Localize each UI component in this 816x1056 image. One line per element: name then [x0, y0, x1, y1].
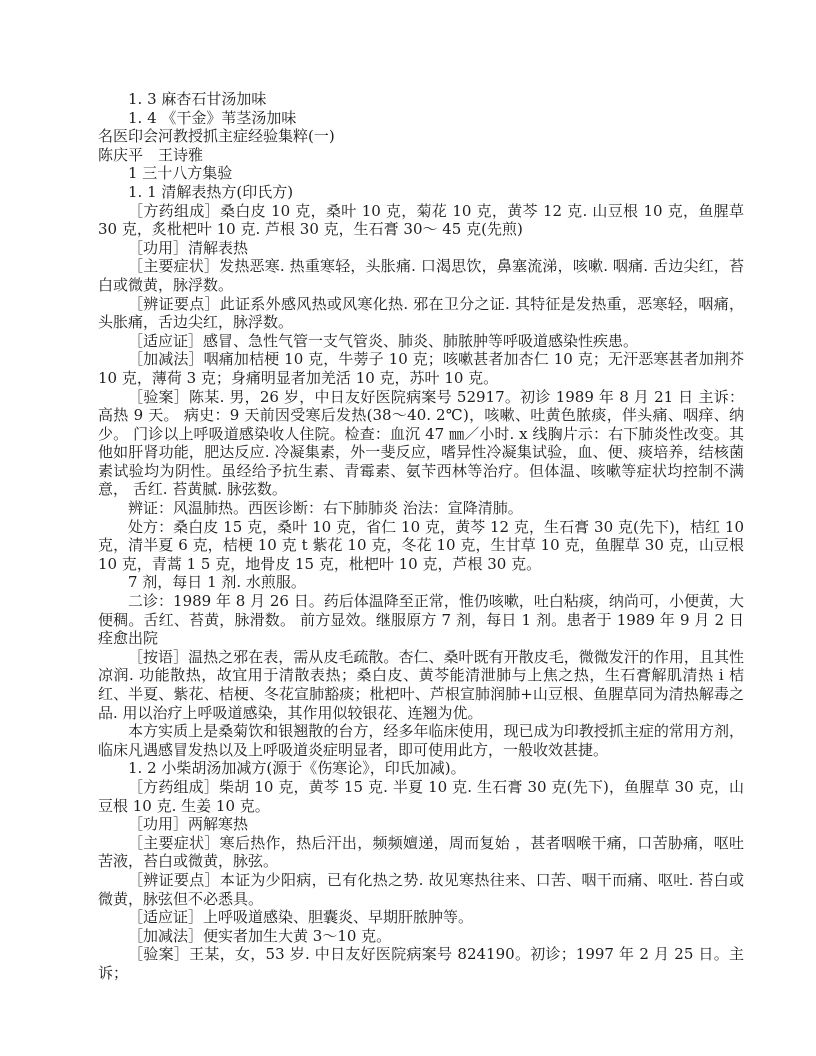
- case-record-1: ［验案］陈某. 男，26 岁，中日友好医院病案号 52917。初诊 1989 年…: [98, 388, 744, 500]
- diagnosis-points-2: ［辨证要点］本证为少阳病，已有化热之势. 故见寒热往来、口苦、咽干而痛、呕吐. …: [98, 871, 744, 908]
- symptoms-1: ［主要症状］发热恶寒. 热重寒轻，头胀痛. 口渴思饮，鼻塞流涕，咳嗽. 咽痛. …: [98, 257, 744, 294]
- toc-item-1-4: 1. 4 《干金》苇茎汤加味: [98, 109, 744, 128]
- symptoms-2: ［主要症状］寒后热作，热后汗出，频频嬗递，周而复始 ，甚者咽喉干痛，口苦胁痛，呕…: [98, 834, 744, 871]
- section-heading-1-1: 1. 1 清解表热方(印氏方): [98, 183, 744, 202]
- modifications-2: ［加减法］便实者加生大黄 3～10 克。: [98, 927, 744, 946]
- composition-2: ［方药组成］柴胡 10 克，黄芩 15 克. 半夏 10 克. 生石膏 30 克…: [98, 778, 744, 815]
- section-heading-1-2: 1. 2 小柴胡汤加减方(源于《伤寒论》，印氏加减)。: [98, 759, 744, 778]
- diagnosis-points-1: ［辨证要点］此证系外感风热或风寒化热. 邪在卫分之证. 其特征是发热重，恶寒轻，…: [98, 295, 744, 332]
- commentary-1: ［按语］温热之邪在表，需从皮毛疏散。杏仁、桑叶既有开散皮毛，微微发汗的作用，且其…: [98, 648, 744, 722]
- indications-2: ［适应证］上呼吸道感染、胆囊炎、早期肝脓肿等。: [98, 908, 744, 927]
- authors: 陈庆平 王诗雅: [98, 146, 744, 165]
- indications-1: ［适应证］感冒、急性气管一支气管炎、肺炎、肺脓肿等呼吸道感染性疾患。: [98, 332, 744, 351]
- document-body: 1. 3 麻杏石甘汤加味1. 4 《干金》苇茎汤加味名医印会河教授抓主症经验集粹…: [98, 90, 744, 983]
- modifications-1: ［加减法］咽痛加桔梗 10 克，牛蒡子 10 克；咳嗽甚者加杏仁 10 克；无汗…: [98, 350, 744, 387]
- section-heading-1: 1 三十八方集验: [98, 164, 744, 183]
- dosage: 7 剂，每日 1 剂. 水煎服。: [98, 573, 744, 592]
- document-page: 1. 3 麻杏石甘汤加味1. 4 《干金》苇茎汤加味名医印会河教授抓主症经验集粹…: [0, 0, 816, 1056]
- function-2: ［功用］两解寒热: [98, 815, 744, 834]
- commentary-2: 本方实质上是桑菊饮和银翘散的台方，经多年临床使用，现已成为印教授抓主症的常用方剂…: [98, 722, 744, 759]
- toc-item-1-3: 1. 3 麻杏石甘汤加味: [98, 90, 744, 109]
- composition-1: ［方药组成］桑白皮 10 克，桑叶 10 克，菊花 10 克，黄芩 12 克. …: [98, 202, 744, 239]
- prescription: 处方：桑白皮 15 克，桑叶 10 克，省仁 10 克，黄芩 12 克，生石膏 …: [98, 518, 744, 574]
- second-visit: 二诊：1989 年 8 月 26 日。药后体温降至正常，惟仍咳嗽，吐白粘痰，纳尚…: [98, 592, 744, 648]
- case-record-2: ［验案］王某，女，53 岁. 中日友好医院病案号 824190。初诊；1997 …: [98, 945, 744, 982]
- syndrome-diagnosis: 辨证：风温肺热。西医诊断：右下肺肺炎 治法：宣降清肺。: [98, 499, 744, 518]
- function-1: ［功用］清解表热: [98, 239, 744, 258]
- article-title: 名医印会河教授抓主症经验集粹(一): [98, 127, 744, 146]
